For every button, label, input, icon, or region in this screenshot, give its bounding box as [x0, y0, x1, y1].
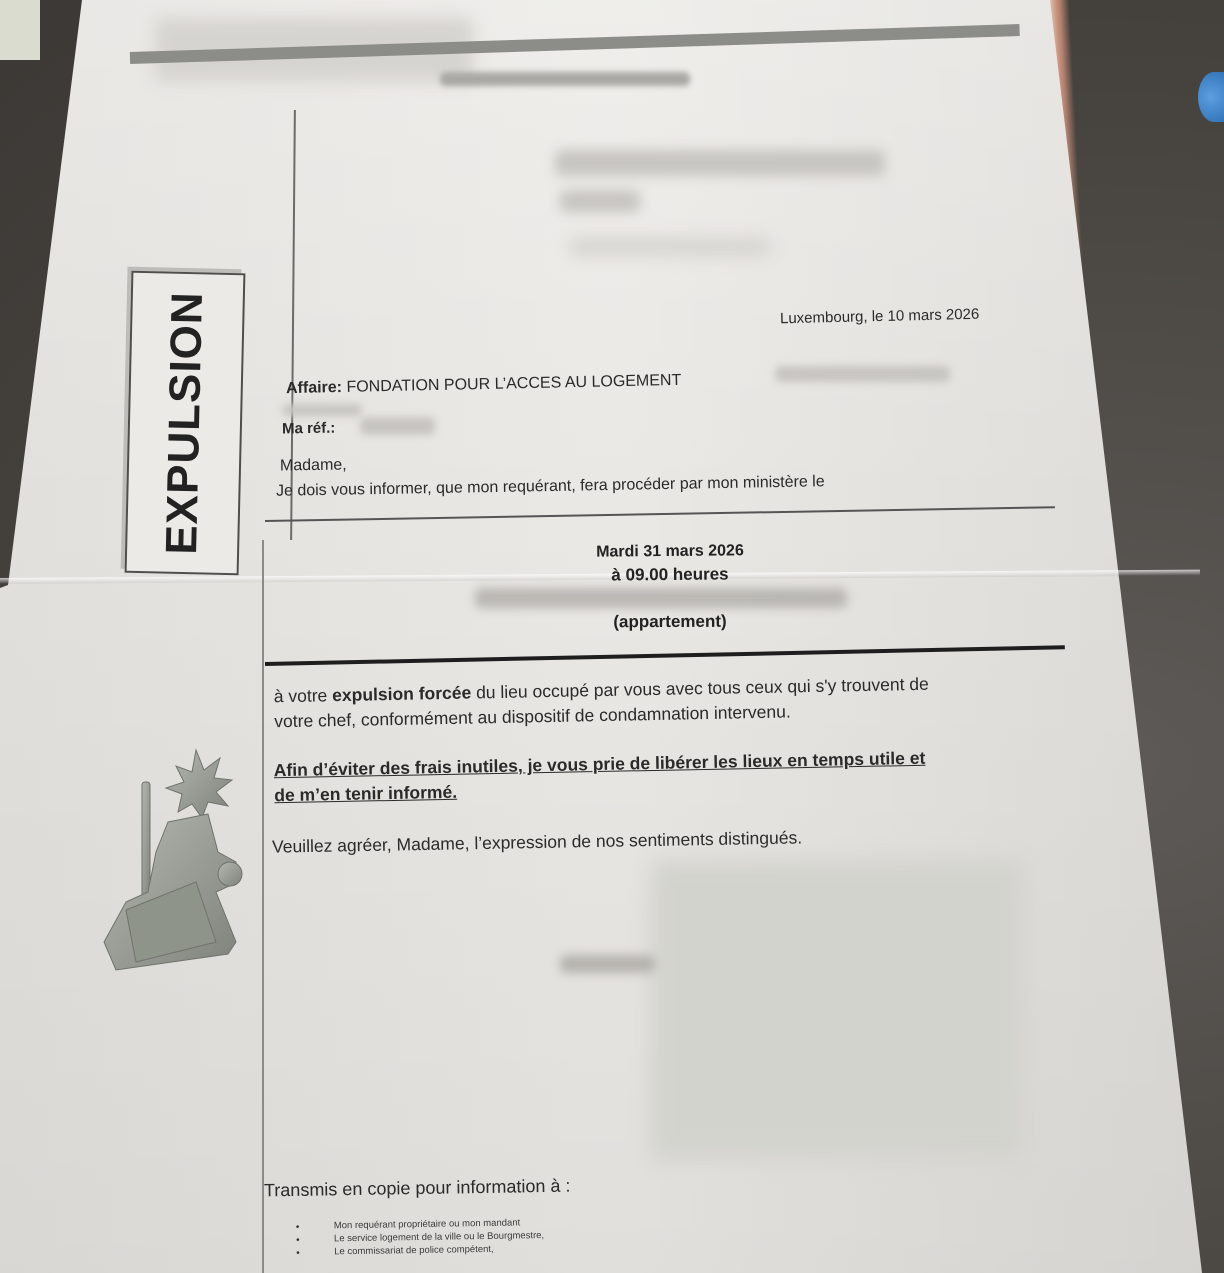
salutation: Madame,	[280, 457, 347, 476]
affaire-label: Affaire:	[286, 379, 342, 397]
document-type-label: EXPULSION	[157, 291, 213, 555]
body-p1-prefix: à votre	[274, 685, 333, 706]
margin-rule-lower	[262, 540, 264, 1273]
redacted-property-address	[475, 588, 847, 608]
redacted-signature	[650, 860, 1025, 1160]
statue-emblem-icon	[96, 742, 256, 977]
redacted-recipient-line-2	[560, 190, 640, 212]
redacted-signature-name	[560, 955, 655, 973]
eviction-time: à 09.00 heures	[460, 563, 880, 587]
copy-recipients-list: Mon requérant propriétaire ou mon mandan…	[296, 1216, 545, 1259]
redacted-header-address	[440, 72, 690, 86]
redacted-affaire-name	[775, 366, 950, 382]
body-p1-emphasis: expulsion forcée	[332, 683, 471, 706]
body-p2-line2: de m’en tenir informé.	[274, 782, 457, 806]
redacted-reference	[360, 417, 435, 435]
property-type: (appartement)	[460, 611, 880, 633]
redacted-recipient-line-3	[570, 238, 770, 256]
redacted-affaire-line2	[282, 404, 362, 416]
document-type-box: EXPULSION	[125, 271, 246, 576]
blue-object	[1198, 72, 1224, 122]
reference-line: Ma réf.:	[282, 420, 336, 438]
eviction-date: Mardi 31 mars 2026	[460, 541, 880, 563]
redacted-recipient-line-1	[555, 150, 885, 176]
reference-label: Ma réf.:	[282, 420, 336, 438]
background-object	[0, 0, 40, 60]
